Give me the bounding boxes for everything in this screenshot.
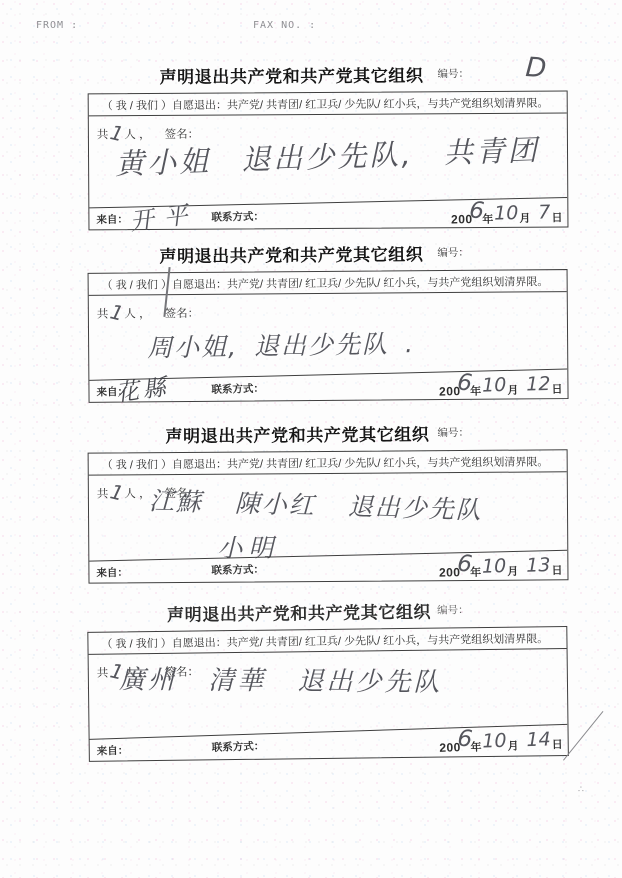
day-label: 日	[551, 209, 562, 225]
form-box: （ 我 / 我们 ）自愿退出：共产党/ 共青团/ 红卫兵/ 少先队/ 红小兵，与…	[88, 269, 569, 403]
form-footer: 来自： 开平 联系方式： 2006年10月7日	[89, 197, 567, 229]
withdrawal-form-1: 声明退出共产党和共产党其它组织 编号： D （ 我 / 我们 ）自愿退出：共产党…	[59, 60, 582, 239]
day-label: 日	[551, 381, 562, 397]
form-number-label: 编号：	[437, 66, 469, 81]
scan-dots-artifact: ∴	[578, 784, 586, 795]
month-label: 月	[507, 382, 518, 398]
form-footer: 来自： 花縣 联系方式： 2006年10月12日	[89, 369, 567, 402]
signature-area: 共1人 ，签名： 江蘇 陳小红 退出少先队 小明	[89, 472, 568, 560]
from-label: 来自：	[97, 743, 129, 759]
form-box: （ 我 / 我们 ）自愿退出：共产党/ 共青团/ 红卫兵/ 少先队/ 红小兵，与…	[88, 449, 569, 583]
withdrawal-form-2: 声明退出共产党和共产党其它组织 编号： （ 我 / 我们 ）自愿退出：共产党/ …	[59, 239, 582, 419]
form-title: 声明退出共产党和共产党其它组织	[159, 240, 423, 267]
date-line: 2006年10月14日	[439, 725, 563, 750]
day-handwritten: 14	[526, 728, 551, 751]
signature-label: 签名：	[165, 308, 200, 320]
contact-label: 联系方式：	[211, 562, 264, 578]
count-unit: 人 ，	[124, 308, 150, 320]
form-number-label: 编号：	[437, 602, 469, 617]
contact-label: 联系方式：	[211, 209, 264, 225]
day-handwritten: 7	[538, 201, 551, 223]
form-number-handwritten: D	[525, 52, 548, 84]
signature-handwritten: 廣州 清華 退出少先队	[119, 659, 443, 699]
count-line: 共1人 ，签名：	[97, 298, 199, 323]
date-line: 2006年10月13日	[439, 551, 563, 575]
fax-from-label: FROM :	[36, 20, 78, 31]
day-label: 日	[551, 562, 562, 578]
date-line: 2006年10月12日	[439, 370, 563, 394]
contact-label: 联系方式：	[211, 381, 264, 397]
withdrawal-form-3: 声明退出共产党和共产党其它组织 编号： （ 我 / 我们 ）自愿退出：共产党/ …	[59, 419, 582, 599]
contact-label: 联系方式：	[212, 738, 265, 755]
signature-area: 共1人 ，签名： 周小姐, 退出少先队 .	[89, 292, 568, 380]
from-label: 来自：	[96, 212, 128, 228]
form-title: 声明退出共产党和共产党其它组织	[167, 598, 431, 626]
withdrawal-form-4: 声明退出共产党和共产党其它组织 编号： （ 我 / 我们 ）自愿退出：共产党/ …	[59, 596, 583, 778]
day-handwritten: 13	[526, 554, 551, 577]
month-handwritten: 10	[482, 555, 507, 578]
month-handwritten: 10	[482, 730, 507, 753]
signature-handwritten: 周小姐, 退出少先队 .	[147, 324, 415, 364]
signature-handwritten: 江蘇 陳小红 退出少先队	[149, 481, 484, 526]
count-handwritten: 1	[106, 479, 127, 506]
month-label: 月	[507, 563, 518, 579]
month-label: 月	[507, 737, 518, 753]
declaration-line: （ 我 / 我们 ）自愿退出：共产党/ 共青团/ 红卫兵/ 少先队/ 红小兵，与…	[89, 91, 567, 116]
month-handwritten: 10	[494, 202, 519, 225]
signature-area: 共1人 ，签名： 黄小姐 退出少先队, 共青团	[89, 113, 568, 207]
count-unit: 人 ，	[124, 488, 150, 500]
from-handwritten: 开平	[127, 194, 199, 237]
form-box: （ 我 / 我们 ）自愿退出：共产党/ 共青团/ 红卫兵/ 少先队/ 红小兵，与…	[88, 90, 569, 230]
form-title: 声明退出共产党和共产党其它组织	[165, 420, 429, 447]
count-unit: 人 ，	[124, 129, 150, 141]
year-label: 年	[470, 383, 481, 399]
form-box: （ 我 / 我们 ）自愿退出：共产党/ 共青团/ 红卫兵/ 少先队/ 红小兵，与…	[87, 626, 569, 762]
form-number-label: 编号：	[437, 245, 469, 260]
form-number-label: 编号：	[437, 425, 469, 440]
from-handwritten: 花縣	[114, 368, 172, 408]
day-handwritten: 12	[526, 373, 551, 396]
year-label: 年	[470, 564, 481, 580]
count-handwritten: 1	[106, 299, 127, 326]
scanned-fax-page: FROM : FAX NO. : 声明退出共产党和共产党其它组织 编号： D （…	[0, 0, 622, 878]
date-line: 2006年10月7日	[451, 198, 563, 221]
fax-number-label: FAX NO. :	[253, 20, 316, 31]
day-label: 日	[552, 736, 563, 752]
form-title: 声明退出共产党和共产党其它组织	[159, 61, 423, 88]
month-label: 月	[519, 210, 530, 226]
year-label: 年	[470, 739, 481, 755]
from-label: 来自：	[96, 565, 128, 581]
month-handwritten: 10	[482, 374, 507, 397]
year-label: 年	[482, 211, 493, 227]
